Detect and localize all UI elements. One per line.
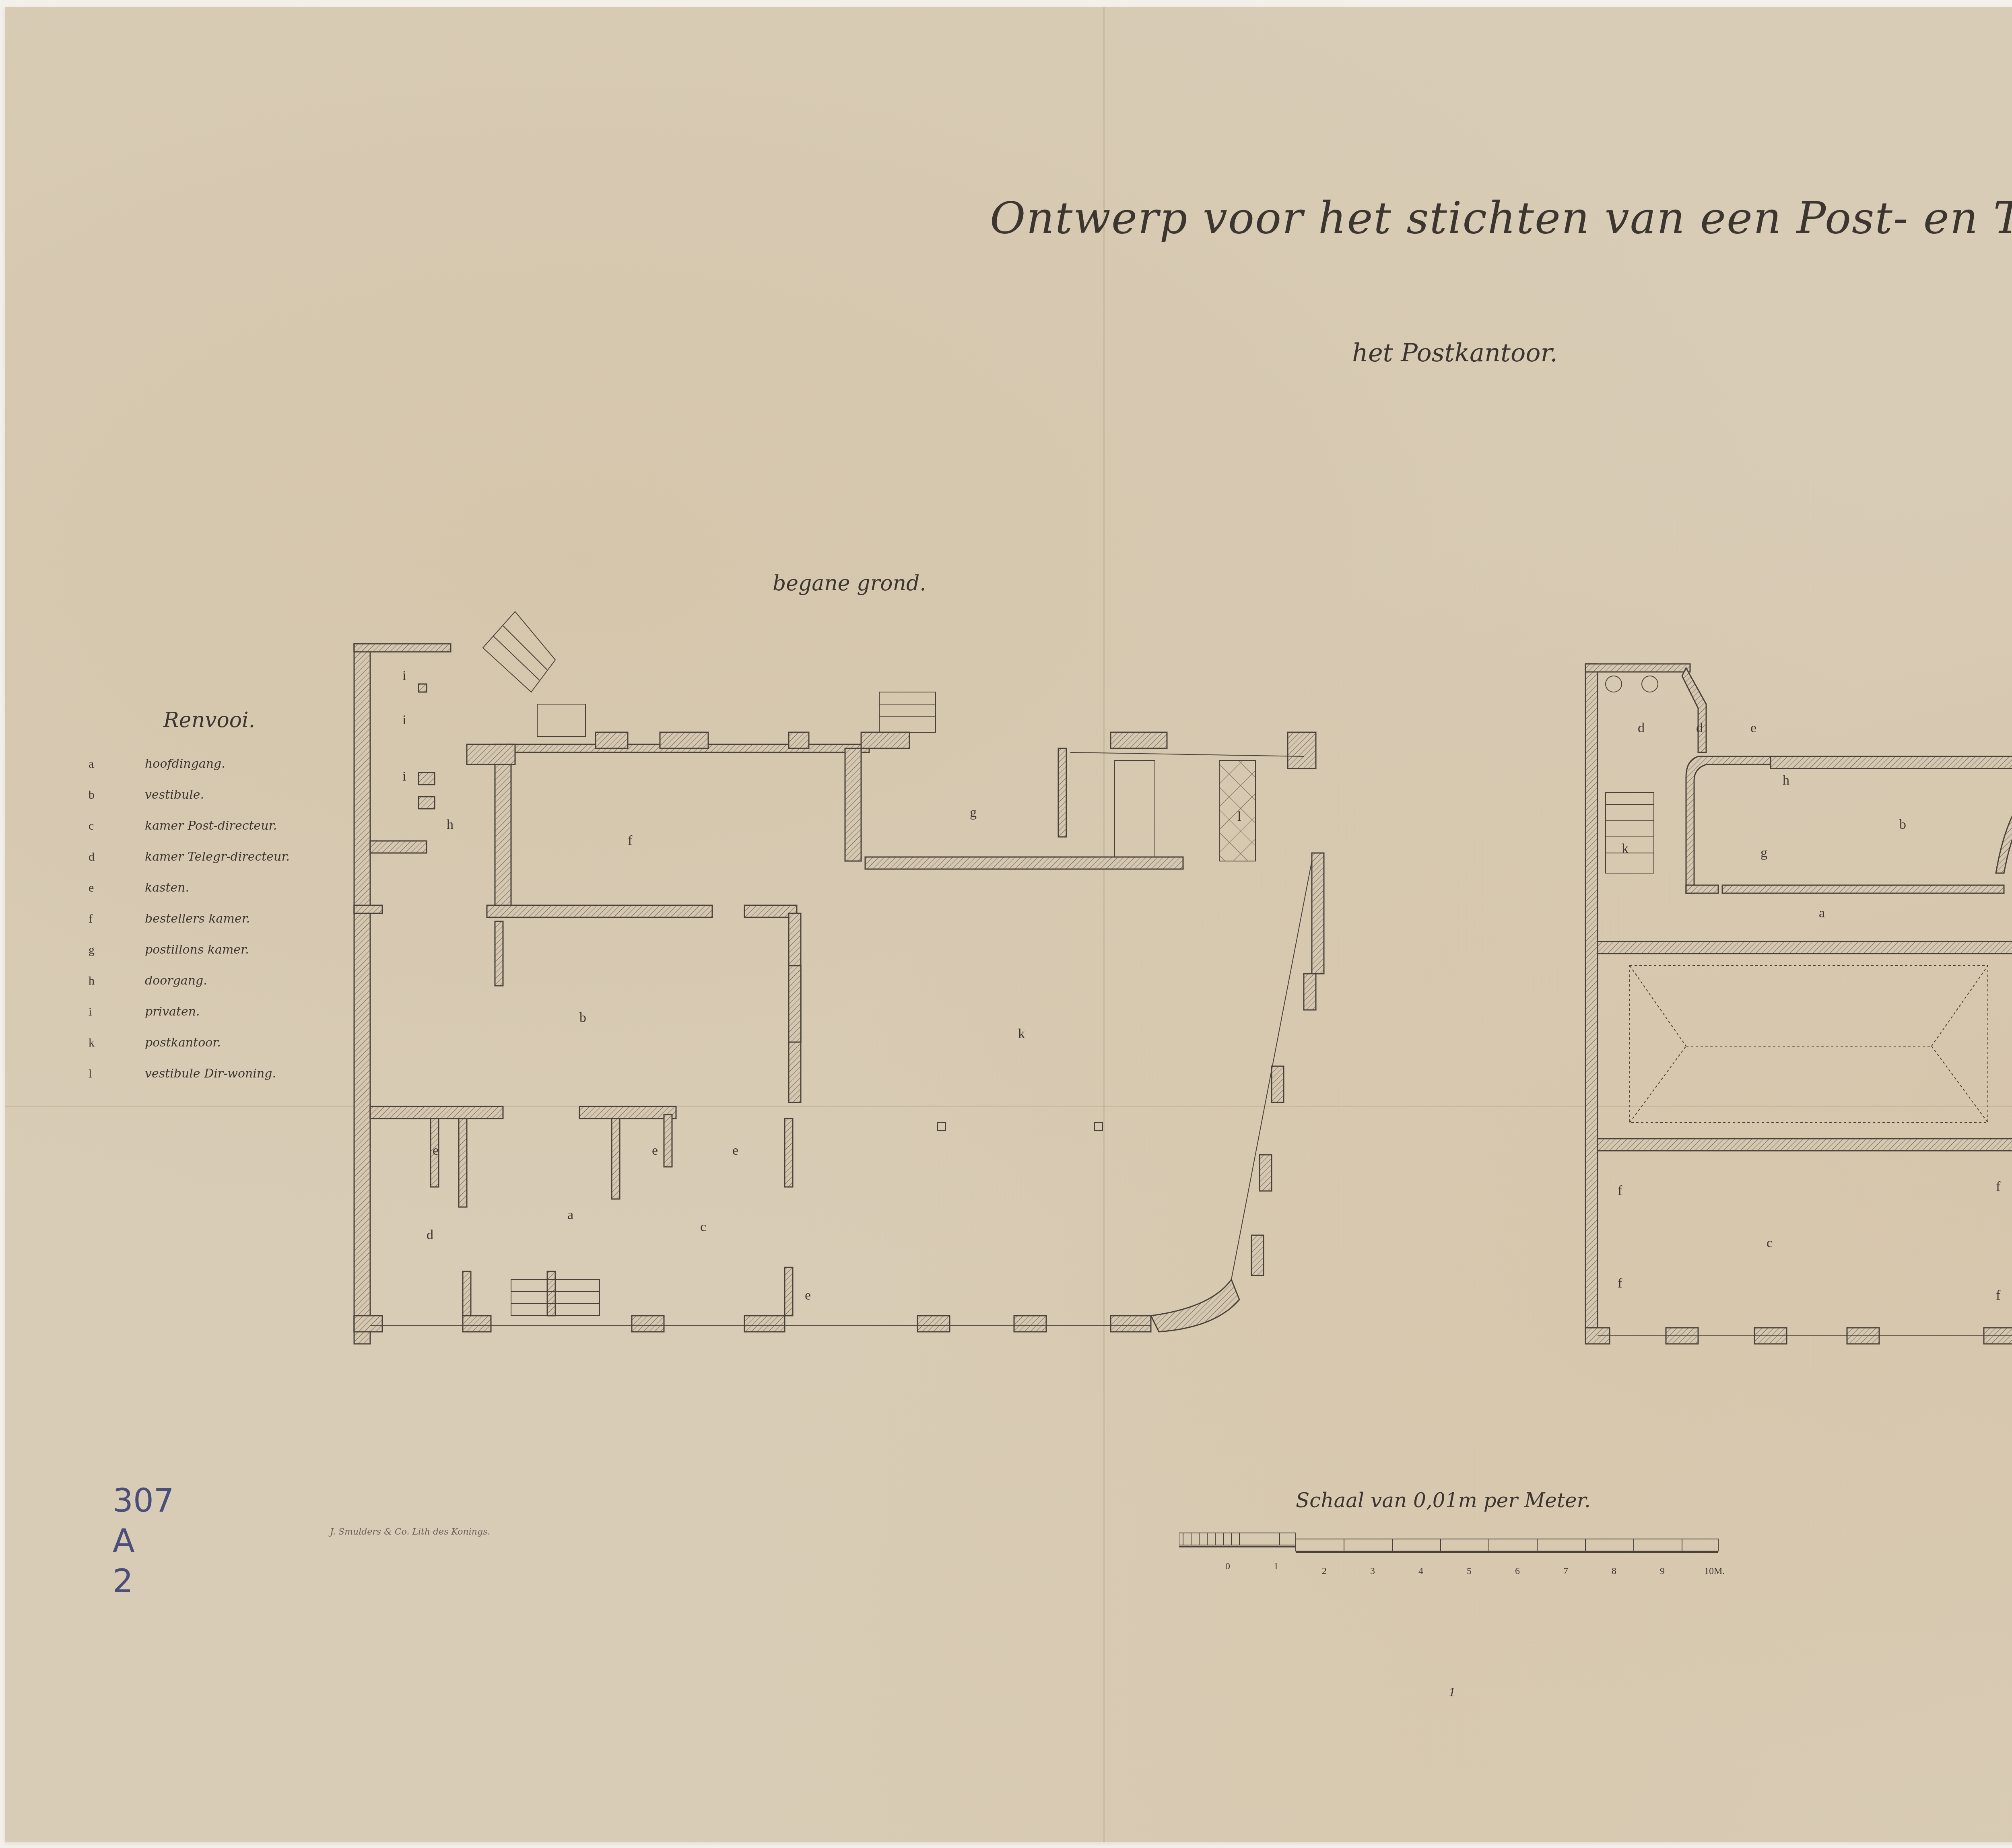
svg-text:a: a	[1819, 906, 1825, 921]
printer-credit: J. Smulders & Co. Lith des Konings.	[330, 1527, 490, 1537]
svg-text:c: c	[1767, 1236, 1773, 1251]
svg-text:h: h	[1783, 773, 1789, 788]
svg-text:f: f	[1618, 1183, 1622, 1198]
svg-text:g: g	[1760, 845, 1767, 860]
svg-text:d: d	[1696, 721, 1703, 735]
scale-bar	[1179, 1529, 1742, 1557]
archive-letter: A	[113, 1521, 174, 1561]
svg-text:b: b	[1899, 817, 1906, 832]
archive-sheet: 2	[113, 1561, 174, 1601]
svg-text:d: d	[1638, 721, 1645, 735]
svg-text:k: k	[1622, 841, 1629, 856]
svg-text:f: f	[1996, 1288, 2001, 1303]
scale-ticks: 0 1 2 3 4 5 6 7 8 9 10M.	[1179, 1561, 1742, 1577]
scale-title: Schaal van 0,01m per Meter.	[1296, 1489, 1591, 1512]
svg-text:f: f	[1996, 1179, 2001, 1194]
archive-marks: 307 A 2	[113, 1481, 174, 1601]
page-mark: 1	[1449, 1686, 1456, 1699]
svg-text:f: f	[1618, 1276, 1622, 1291]
archive-number: 307	[113, 1481, 174, 1521]
svg-text:e: e	[1750, 721, 1756, 735]
